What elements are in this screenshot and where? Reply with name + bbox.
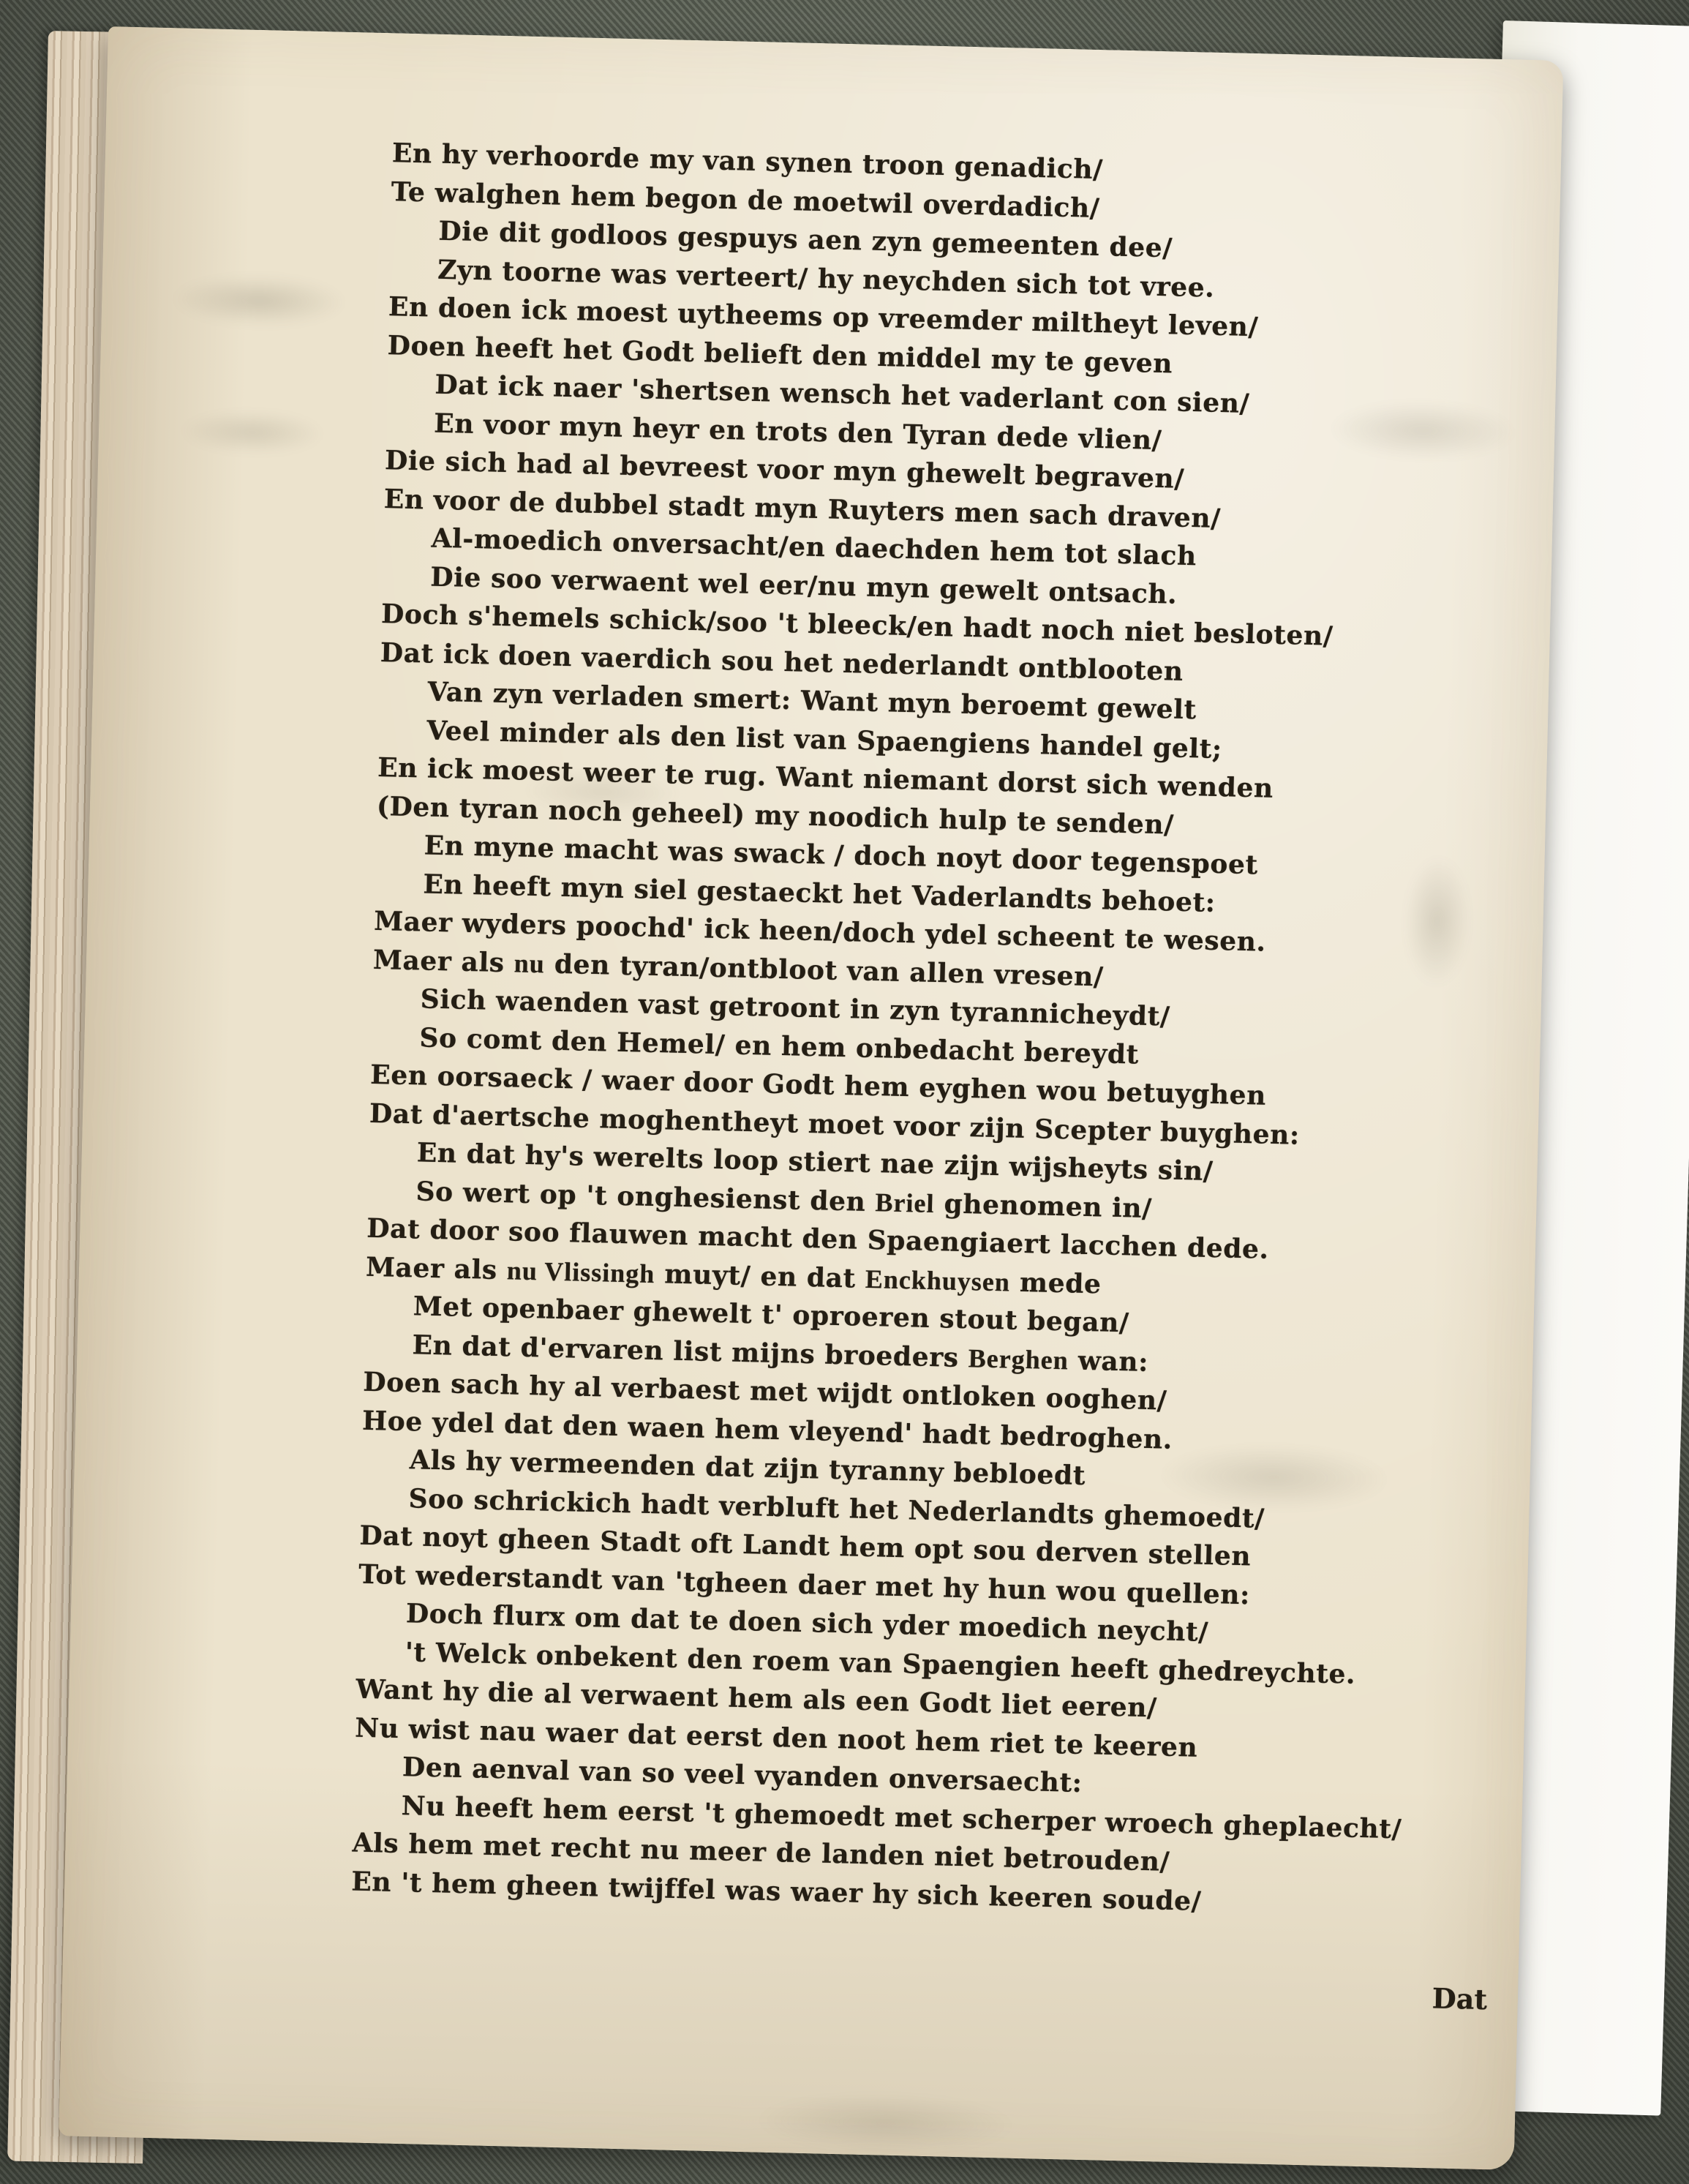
roman-type-text: Enckhuysen — [865, 1264, 1010, 1296]
bleedthrough-smudge — [178, 408, 326, 456]
bleedthrough-smudge — [753, 2091, 1018, 2155]
bleedthrough-smudge — [170, 273, 347, 329]
blackletter-text: Maer als — [373, 944, 515, 978]
roman-type-text: nu Vlissingh — [506, 1256, 655, 1288]
blackletter-text: So wert op 't onghesienst den — [415, 1176, 876, 1217]
roman-type-text: Briel — [875, 1187, 935, 1218]
poem-text-block: En hy verhoorde my van synen troon genad… — [349, 134, 1562, 2016]
book-page: En hy verhoorde my van synen troon genad… — [59, 26, 1563, 2170]
roman-type-text: Berghen — [968, 1343, 1069, 1375]
blackletter-text: ghenomen in/ — [934, 1188, 1152, 1224]
blackletter-text: Maer als — [366, 1251, 508, 1286]
blackletter-text: wan: — [1068, 1345, 1148, 1378]
blackletter-text: mede — [1009, 1267, 1102, 1299]
blackletter-text: muyt/ en dat — [655, 1258, 866, 1294]
photo-background: { "document": { "kind": "photograph of a… — [0, 0, 1689, 2184]
catchword: Dat — [349, 1956, 1520, 2017]
roman-type-text: nu — [514, 948, 545, 978]
